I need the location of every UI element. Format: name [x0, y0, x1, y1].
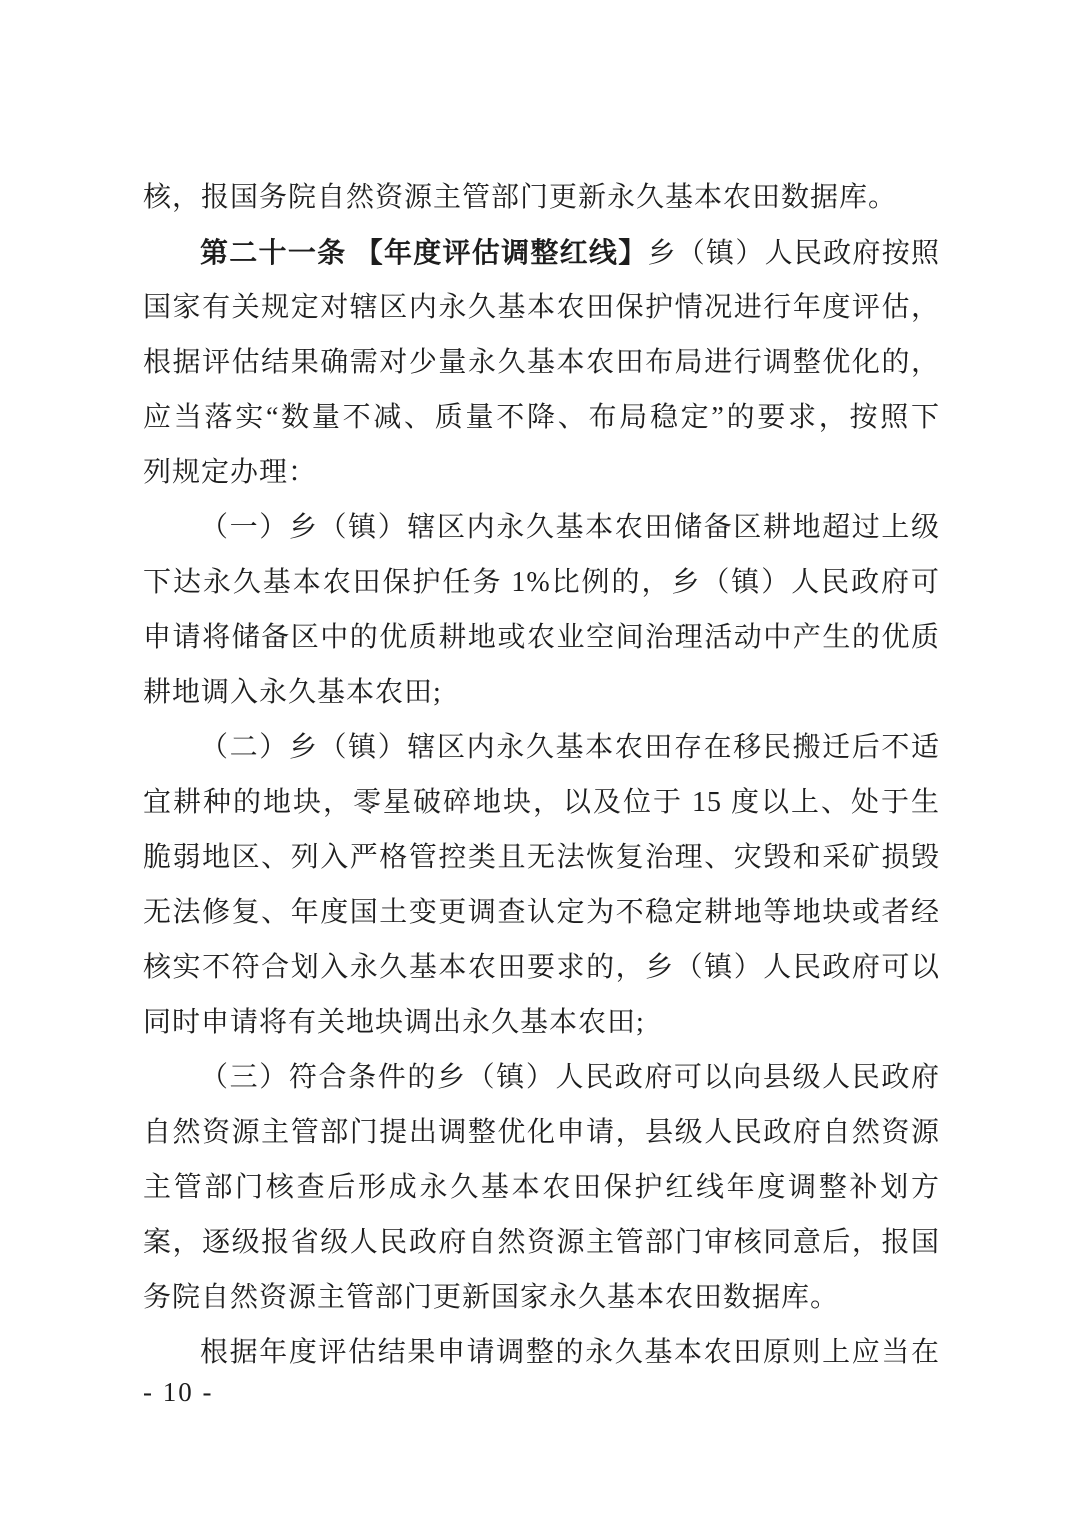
document-page: 核，报国务院自然资源主管部门更新永久基本农田数据库。第二十一条 【年度评估调整红…: [0, 0, 1080, 1527]
text-segment: 核，报国务院自然资源主管部门更新永久基本农田数据库。: [143, 182, 897, 213]
text-segment: 应当落实“数量不减、质量不降、布局稳定”的要求，按照下: [143, 402, 940, 433]
text-segment: 自然资源主管部门提出调整优化申请，县级人民政府自然资源: [143, 1117, 940, 1148]
text-segment: 国家有关规定对辖区内永久基本农田保护情况进行年度评估，: [143, 292, 940, 323]
text-segment: 申请将储备区中的优质耕地或农业空间治理活动中产生的优质: [143, 622, 940, 653]
text-line-4: 根据评估结果确需对少量永久基本农田布局进行调整优化的，: [143, 335, 940, 390]
text-segment: （二）乡（镇）辖区内永久基本农田存在移民搬迁后不适: [200, 732, 940, 763]
text-line-10: 耕地调入永久基本农田;: [143, 665, 940, 720]
text-segment: 列规定办理：: [143, 457, 317, 488]
text-segment: 核实不符合划入永久基本农田要求的，乡（镇）人民政府可以: [143, 952, 940, 983]
article-heading-segment: 第二十一条: [200, 237, 346, 268]
text-line-2: 第二十一条 【年度评估调整红线】乡（镇）人民政府按照: [143, 225, 940, 280]
text-segment: 耕地调入永久基本农田;: [143, 677, 442, 708]
text-line-13: 脆弱地区、列入严格管控类且无法恢复治理、灾毁和采矿损毁: [143, 830, 940, 885]
text-segment: 根据年度评估结果申请调整的永久基本农田原则上应当在: [200, 1337, 940, 1368]
text-line-17: （三）符合条件的乡（镇）人民政府可以向县级人民政府: [143, 1050, 940, 1105]
text-line-3: 国家有关规定对辖区内永久基本农田保护情况进行年度评估，: [143, 280, 940, 335]
text-segment: 主管部门核查后形成永久基本农田保护红线年度调整补划方: [143, 1172, 940, 1203]
text-line-19: 主管部门核查后形成永久基本农田保护红线年度调整补划方: [143, 1160, 940, 1215]
text-line-7: （一）乡（镇）辖区内永久基本农田储备区耕地超过上级: [143, 500, 940, 555]
text-segment: 根据评估结果确需对少量永久基本农田布局进行调整优化的，: [143, 347, 940, 378]
text-line-16: 同时申请将有关地块调出永久基本农田;: [143, 995, 940, 1050]
text-segment: 案，逐级报省级人民政府自然资源主管部门审核同意后，报国: [143, 1227, 940, 1258]
text-line-11: （二）乡（镇）辖区内永久基本农田存在移民搬迁后不适: [143, 720, 940, 775]
text-segment: 乡（镇）人民政府按照: [647, 238, 940, 269]
document-body: 核，报国务院自然资源主管部门更新永久基本农田数据库。第二十一条 【年度评估调整红…: [143, 170, 940, 1380]
text-segment: 宜耕种的地块，零星破碎地块，以及位于 15 度以上、处于生态: [143, 787, 940, 830]
text-line-9: 申请将储备区中的优质耕地或农业空间治理活动中产生的优质: [143, 610, 940, 665]
text-line-6: 列规定办理：: [143, 445, 940, 500]
text-line-20: 案，逐级报省级人民政府自然资源主管部门审核同意后，报国: [143, 1215, 940, 1270]
text-line-12: 宜耕种的地块，零星破碎地块，以及位于 15 度以上、处于生态: [143, 775, 940, 830]
text-segment: 下达永久基本农田保护任务 1%比例的，乡（镇）人民政府可以: [143, 567, 940, 610]
article-heading-segment: 【年度评估调整红线】: [355, 238, 648, 269]
text-segment: （三）符合条件的乡（镇）人民政府可以向县级人民政府: [200, 1062, 940, 1093]
text-line-5: 应当落实“数量不减、质量不降、布局稳定”的要求，按照下: [143, 390, 940, 445]
text-segment: （一）乡（镇）辖区内永久基本农田储备区耕地超过上级: [200, 512, 940, 543]
text-segment: 务院自然资源主管部门更新国家永久基本农田数据库。: [143, 1282, 839, 1313]
text-segment: 同时申请将有关地块调出永久基本农田;: [143, 1007, 645, 1038]
text-segment: [346, 238, 354, 269]
page-number: - 10 -: [143, 1372, 213, 1412]
text-line-14: 无法修复、年度国土变更调查认定为不稳定耕地等地块或者经: [143, 885, 940, 940]
text-line-21: 务院自然资源主管部门更新国家永久基本农田数据库。: [143, 1270, 940, 1325]
text-segment: 脆弱地区、列入严格管控类且无法恢复治理、灾毁和采矿损毁: [143, 842, 940, 873]
text-line-18: 自然资源主管部门提出调整优化申请，县级人民政府自然资源: [143, 1105, 940, 1160]
text-line-8: 下达永久基本农田保护任务 1%比例的，乡（镇）人民政府可以: [143, 555, 940, 610]
text-line-22: 根据年度评估结果申请调整的永久基本农田原则上应当在: [143, 1325, 940, 1380]
text-line-15: 核实不符合划入永久基本农田要求的，乡（镇）人民政府可以: [143, 940, 940, 995]
text-line-1: 核，报国务院自然资源主管部门更新永久基本农田数据库。: [143, 170, 940, 225]
text-segment: 无法修复、年度国土变更调查认定为不稳定耕地等地块或者经: [143, 897, 940, 928]
